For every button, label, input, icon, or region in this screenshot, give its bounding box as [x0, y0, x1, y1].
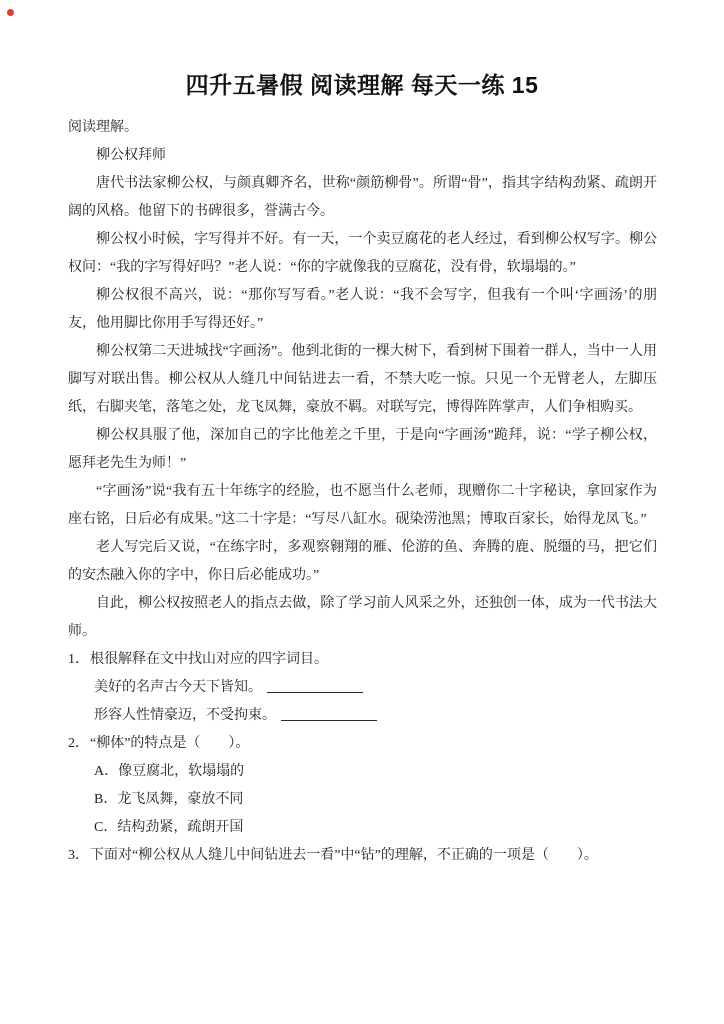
passage-title: 柳公权拜师	[68, 142, 657, 170]
question-1-sub-item-1-text: 美好的名声古今天下皆知。	[94, 680, 262, 695]
question-1-sub-item-1: 美好的名声古今天下皆知。	[68, 674, 657, 702]
question-1: 1．根很解释在文中找山对应的四字词目。	[68, 646, 657, 674]
question-2-option-a: A．像豆腐北，软塌塌的	[68, 758, 657, 786]
question-2-text: “柳体”的特点是（ ）。	[90, 736, 249, 751]
question-2-option-c: C．结构劲紧，疏朗开国	[68, 814, 657, 842]
question-3-number: 3．	[68, 848, 89, 863]
passage-paragraph-2: 柳公权小时候，字写得并不好。有一天，一个卖豆腐花的老人经过，看到柳公权写字。柳公…	[68, 226, 657, 282]
question-1-sub-item-2: 形容人性情豪迈，不受拘束。	[68, 702, 657, 730]
question-2: 2．“柳体”的特点是（ ）。	[68, 730, 657, 758]
page-title: 四升五暑假 阅读理解 每天一练 15	[0, 0, 724, 99]
question-3-text: 下面对“柳公权从人缝儿中间钻进去一看”中“钻”的理解，不正确的一项是（ ）。	[90, 848, 598, 863]
answer-blank	[281, 706, 377, 721]
worksheet-page: 四升五暑假 阅读理解 每天一练 15 阅读理解。 柳公权拜师 唐代书法家柳公权，…	[0, 0, 724, 1024]
passage-paragraph-4: 柳公权第二天进城找“字画汤”。他到北街的一棵大树下，看到树下围着一群人，当中一人…	[68, 338, 657, 422]
section-label: 阅读理解。	[68, 114, 657, 142]
question-1-number: 1．	[68, 652, 89, 667]
question-1-sub-item-2-text: 形容人性情豪迈，不受拘束。	[94, 708, 276, 723]
passage-paragraph-7: 老人写完后又说，“在练字时，多观察翱翔的雁、伦游的鱼、奔腾的鹿、脱缰的马，把它们…	[68, 534, 657, 590]
passage-paragraph-6: “字画汤”说“我有五十年练字的经脸，也不愿当什么老师，现赠你二十字秘诀，拿回家作…	[68, 478, 657, 534]
passage-paragraph-1: 唐代书法家柳公权，与颜真卿齐名，世称“颜筋柳骨”。所谓“骨”，指其字结构劲紧、疏…	[68, 170, 657, 226]
red-dot-marker	[7, 9, 14, 16]
answer-blank	[267, 678, 363, 693]
question-2-option-b: B．龙飞凤舞，豪放不同	[68, 786, 657, 814]
passage-paragraph-3: 柳公权很不高兴，说：“那你写写看。”老人说：“我不会写字，但我有一个叫‘字画汤’…	[68, 282, 657, 338]
document-body: 阅读理解。 柳公权拜师 唐代书法家柳公权，与颜真卿齐名，世称“颜筋柳骨”。所谓“…	[0, 99, 724, 870]
question-1-text: 根很解释在文中找山对应的四字词目。	[90, 652, 328, 667]
question-2-number: 2．	[68, 736, 89, 751]
passage-paragraph-5: 柳公权具服了他，深加自己的字比他差之千里，于是向“字画汤”跪拜，说：“学子柳公权…	[68, 422, 657, 478]
passage-paragraph-8: 自此，柳公权按照老人的指点去做，除了学习前人风采之外，还独创一体，成为一代书法大…	[68, 590, 657, 646]
question-3: 3．下面对“柳公权从人缝儿中间钻进去一看”中“钻”的理解，不正确的一项是（ ）。	[68, 842, 657, 870]
